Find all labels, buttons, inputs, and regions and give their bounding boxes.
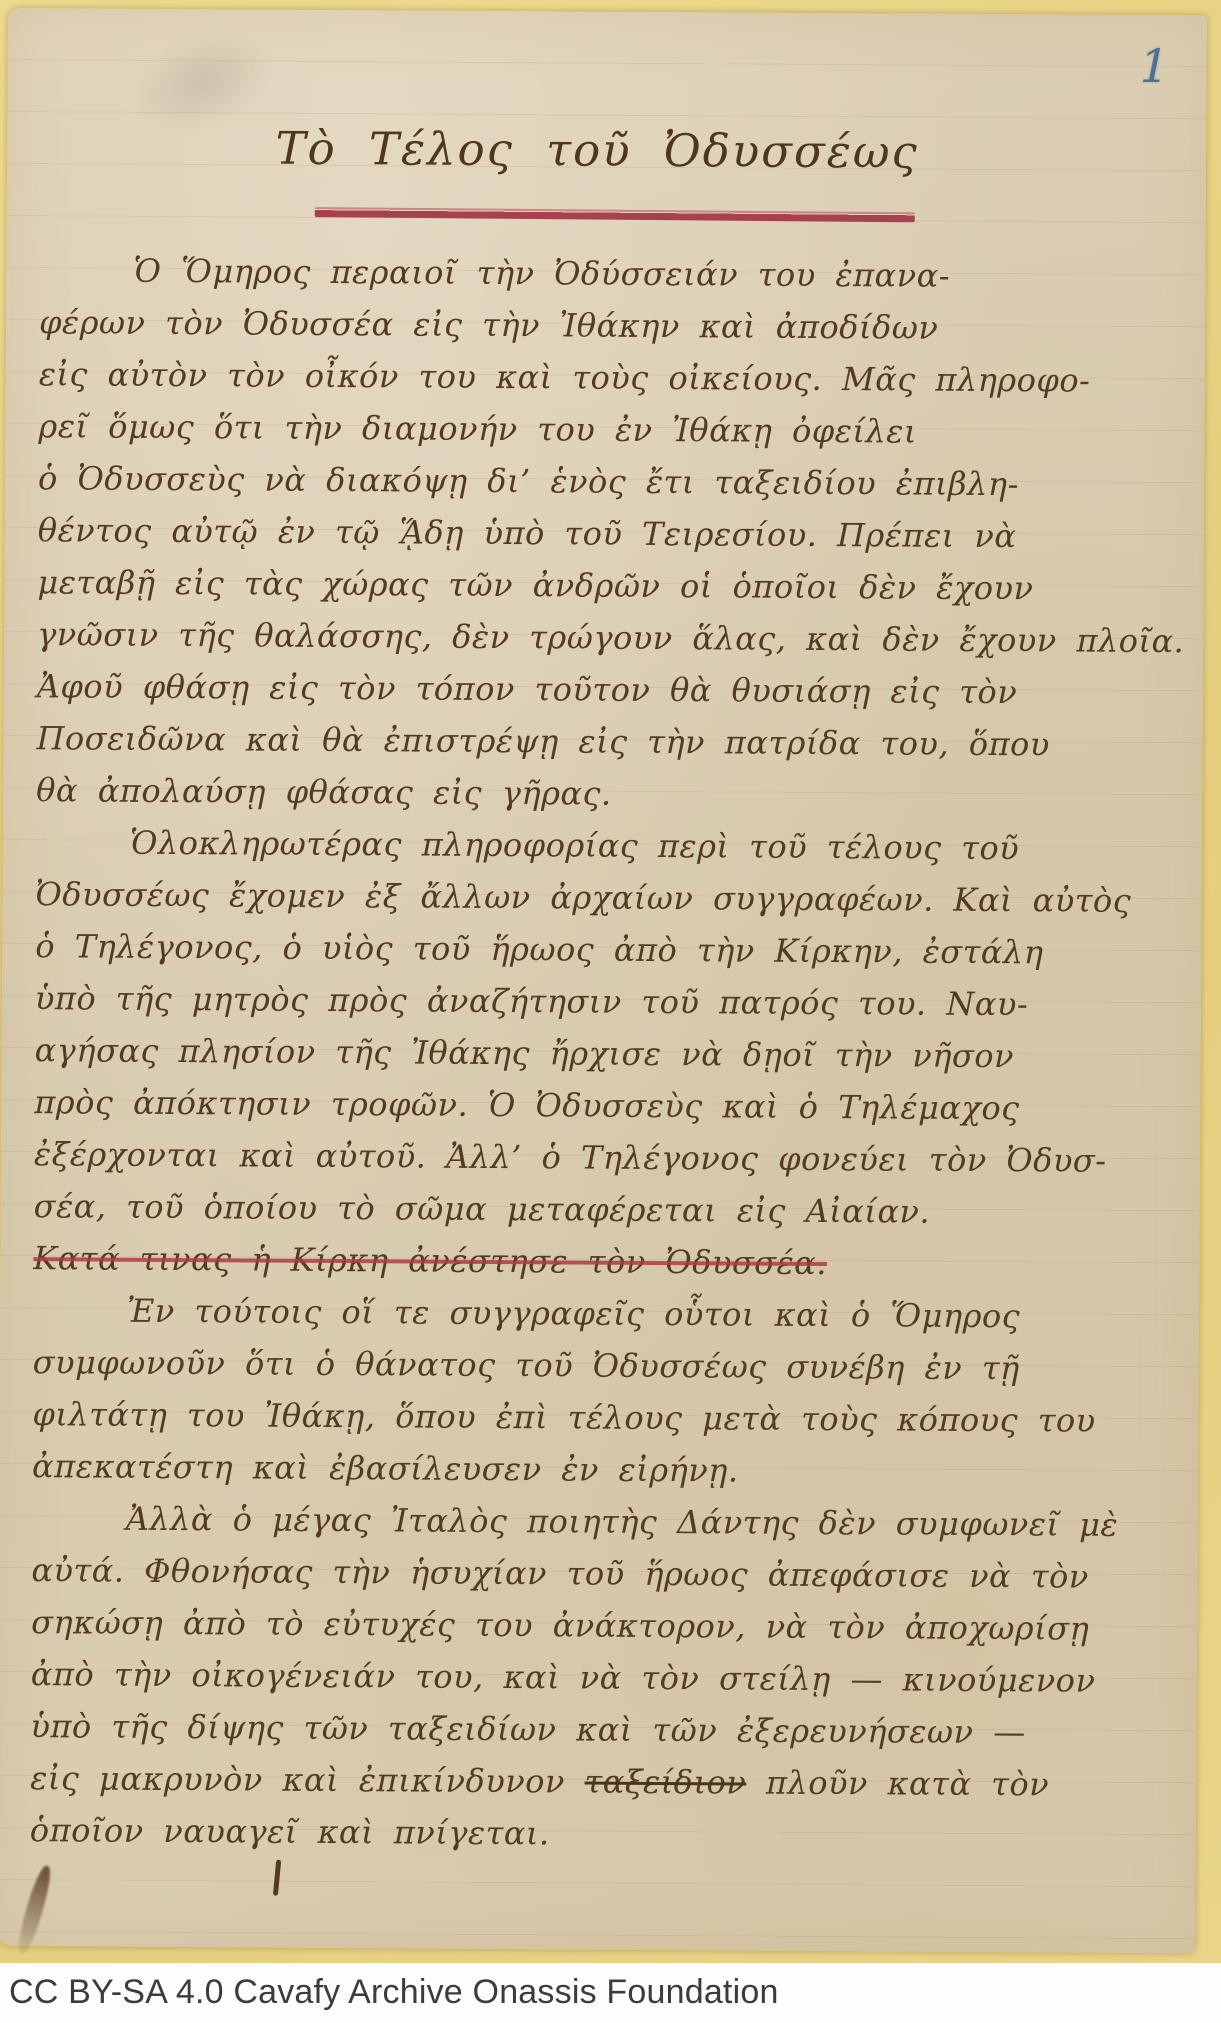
- manuscript-line: Ὁ Ὅμηρος περαιοῖ τὴν Ὀδύσσειάν του ἐπανα…: [39, 244, 1204, 303]
- handwritten-text: φιλτάτῃ του Ἰθάκῃ, ὅπου ἐπὶ τέλους μετὰ …: [32, 1395, 1096, 1439]
- manuscript-line: συμφωνοῦν ὅτι ὁ θάνατος τοῦ Ὀδυσσέως συν…: [33, 1336, 1198, 1395]
- handwritten-text: πλοῦν κατὰ τὸν: [746, 1764, 1049, 1804]
- manuscript-line: αὐτά. Φθονήσας τὴν ἡσυχίαν τοῦ ἥρωος ἀπε…: [31, 1544, 1196, 1603]
- handwritten-text: εἰς μακρυνὸν καὶ ἐπικίνδυνον: [30, 1759, 585, 1800]
- manuscript-line: σηκώσῃ ἀπὸ τὸ εὐτυχές του ἀνάκτορον, νὰ …: [31, 1596, 1196, 1655]
- struck-text: ταξείδιον: [584, 1763, 746, 1802]
- handwritten-text: ἀπεκατέστη καὶ ἐβασίλευσεν ἐν εἰρήνῃ.: [32, 1447, 739, 1489]
- manuscript-line: μεταβῇ εἰς τὰς χώρας τῶν ἀνδρῶν οἱ ὁποῖο…: [37, 556, 1202, 615]
- handwritten-text: φέρων τὸν Ὀδυσσέα εἰς τὴν Ἰθάκην καὶ ἀπο…: [39, 303, 938, 346]
- handwritten-text: αγήσας πλησίον τῆς Ἰθάκης ἤρχισε νὰ δῃοῖ…: [35, 1031, 1015, 1075]
- manuscript-line: ἐξέρχονται καὶ αὐτοῦ. Ἀλλ’ ὁ Τηλέγονος φ…: [34, 1128, 1199, 1187]
- manuscript-line: πρὸς ἀπόκτησιν τροφῶν. Ὁ Ὀδυσσεὺς καὶ ὁ …: [34, 1076, 1199, 1135]
- manuscript-text: Ὁ Ὅμηρος περαιοῖ τὴν Ὀδύσσειάν του ἐπανα…: [30, 244, 1205, 1863]
- manuscript-line: γνῶσιν τῆς θαλάσσης, δὲν τρώγουν ἅλας, κ…: [37, 608, 1202, 667]
- manuscript-line: Ὁλοκληρωτέρας πληροφορίας περὶ τοῦ τέλου…: [36, 816, 1201, 875]
- handwritten-text: ὁποῖον ναυαγεῖ καὶ πνίγεται.: [30, 1811, 550, 1852]
- handwritten-text: συμφωνοῦν ὅτι ὁ θάνατος τοῦ Ὀδυσσέως συν…: [33, 1343, 1020, 1387]
- manuscript-line: Ἀλλὰ ὁ μέγας Ἰταλὸς ποιητὴς Δάντης δὲν σ…: [32, 1492, 1197, 1551]
- manuscript-line: Ὀδυσσέως ἔχομεν ἐξ ἄλλων ἀρχαίων συγγραφ…: [35, 868, 1200, 927]
- handwritten-text: αὐτά. Φθονήσας τὴν ἡσυχίαν τοῦ ἥρωος ἀπε…: [31, 1551, 1089, 1595]
- manuscript-line: θὰ ἀπολαύσῃ φθάσας εἰς γῆρας.: [36, 764, 1201, 823]
- handwritten-text: Ὁλοκληρωτέρας πληροφορίας περὶ τοῦ τέλου…: [130, 824, 1020, 867]
- handwritten-text: σηκώσῃ ἀπὸ τὸ εὐτυχές του ἀνάκτορον, νὰ …: [31, 1603, 1089, 1647]
- manuscript-line: εἰς αὐτὸν τὸν οἶκόν του καὶ τοὺς οἰκείου…: [39, 348, 1204, 407]
- manuscript-line: Ποσειδῶνα καὶ θὰ ἐπιστρέψῃ εἰς τὴν πατρί…: [36, 712, 1201, 771]
- manuscript-line: ὁποῖον ναυαγεῖ καὶ πνίγεται.: [30, 1804, 1195, 1863]
- handwritten-text: Ποσειδῶνα καὶ θὰ ἐπιστρέψῃ εἰς τὴν πατρί…: [36, 719, 1049, 763]
- manuscript-line: ὑπὸ τῆς μητρὸς πρὸς ἀναζήτησιν τοῦ πατρό…: [35, 972, 1200, 1031]
- handwritten-text: ὁ Τηλέγονος, ὁ υἱὸς τοῦ ἥρωος ἀπὸ τὴν Κί…: [35, 927, 1043, 971]
- handwritten-text: ὑπὸ τῆς μητρὸς πρὸς ἀναζήτησιν τοῦ πατρό…: [35, 979, 1028, 1023]
- manuscript-line: ἀπεκατέστη καὶ ἐβασίλευσεν ἐν εἰρήνῃ.: [32, 1440, 1197, 1499]
- handwritten-text: πρὸς ἀπόκτησιν τροφῶν. Ὁ Ὀδυσσεὺς καὶ ὁ …: [34, 1083, 1020, 1127]
- manuscript-line: ὁ Ὀδυσσεὺς νὰ διακόψῃ δι’ ἑνὸς ἔτι ταξει…: [38, 452, 1203, 511]
- handwritten-text: Ἐν τούτοις οἵ τε συγγραφεῖς οὗτοι καὶ ὁ …: [127, 1292, 1020, 1335]
- handwritten-text: σέα, τοῦ ὁποίου τὸ σῶμα μεταφέρεται εἰς …: [34, 1187, 931, 1230]
- manuscript-line: φιλτάτῃ του Ἰθάκῃ, ὅπου ἐπὶ τέλους μετὰ …: [32, 1388, 1197, 1447]
- handwritten-text: ἐξέρχονται καὶ αὐτοῦ. Ἀλλ’ ὁ Τηλέγονος φ…: [34, 1135, 1107, 1180]
- manuscript-line: ἀπὸ τὴν οἰκογένειάν του, καὶ νὰ τὸν στεί…: [31, 1648, 1196, 1707]
- manuscript-line: σέα, τοῦ ὁποίου τὸ σῶμα μεταφέρεται εἰς …: [34, 1180, 1199, 1239]
- manuscript-page: 1 Τὸ Τέλος τοῦ Ὀδυσσέως Ὁ Ὅμηρος περαιοῖ…: [0, 8, 1207, 1953]
- handwritten-text: θὰ ἀπολαύσῃ φθάσας εἰς γῆρας.: [36, 771, 612, 813]
- manuscript-line: εἰς μακρυνὸν καὶ ἐπικίνδυνον ταξείδιον π…: [30, 1752, 1195, 1811]
- title-red-underline: [315, 207, 915, 222]
- handwritten-text: εἰς αὐτὸν τὸν οἶκόν του καὶ τοὺς οἰκείου…: [39, 355, 1091, 399]
- manuscript-line: ὑπὸ τῆς δίψης τῶν ταξειδίων καὶ τῶν ἐξερ…: [30, 1700, 1195, 1759]
- handwritten-text: γνῶσιν τῆς θαλάσσης, δὲν τρώγουν ἅλας, κ…: [37, 615, 1184, 660]
- manuscript-line: θέντος αὐτῷ ἐν τῷ ᾍδῃ ὑπὸ τοῦ Τειρεσίου.…: [38, 504, 1203, 563]
- manuscript-line: αγήσας πλησίον τῆς Ἰθάκης ἤρχισε νὰ δῃοῖ…: [34, 1024, 1199, 1083]
- manuscript-line: ρεῖ ὅμως ὅτι τὴν διαμονήν του ἐν Ἰθάκῃ ὀ…: [38, 400, 1203, 459]
- handwritten-text: Ὀδυσσέως ἔχομεν ἐξ ἄλλων ἀρχαίων συγγραφ…: [35, 875, 1131, 920]
- handwritten-text: Ὁ Ὅμηρος περαιοῖ τὴν Ὀδύσσειάν του ἐπανα…: [133, 252, 950, 295]
- handwritten-text: Ἀφοῦ φθάσῃ εἰς τὸν τόπον τοῦτον θὰ θυσιά…: [37, 667, 1018, 711]
- handwritten-text: θέντος αὐτῷ ἐν τῷ ᾍδῃ ὑπὸ τοῦ Τειρεσίου.…: [38, 511, 1017, 555]
- handwritten-text: Ἀλλὰ ὁ μέγας Ἰταλὸς ποιητὴς Δάντης δὲν σ…: [126, 1500, 1119, 1544]
- handwritten-text: ἀπὸ τὴν οἰκογένειάν του, καὶ νὰ τὸν στεί…: [31, 1655, 1096, 1700]
- struck-text: Κατά τινας ἡ Κίρκη ἀνέστησε τὸν Ὀδυσσέα.: [33, 1239, 827, 1282]
- license-caption: CC BY-SA 4.0 Cavafy Archive Onassis Foun…: [0, 1963, 1221, 2021]
- page-number: 1: [1140, 39, 1200, 93]
- page-title: Τὸ Τέλος τοῦ Ὀδυσσέως: [262, 122, 932, 179]
- manuscript-line: Κατά τινας ἡ Κίρκη ἀνέστησε τὸν Ὀδυσσέα.: [33, 1232, 1198, 1291]
- license-caption-band: CC BY-SA 4.0 Cavafy Archive Onassis Foun…: [0, 1963, 1221, 2023]
- manuscript-line: Ἐν τούτοις οἵ τε συγγραφεῖς οὗτοι καὶ ὁ …: [33, 1284, 1198, 1343]
- ink-smudge: [14, 1864, 55, 1957]
- handwritten-text: μεταβῇ εἰς τὰς χώρας τῶν ἀνδρῶν οἱ ὁποῖο…: [37, 563, 1033, 607]
- handwritten-text: ὁ Ὀδυσσεὺς νὰ διακόψῃ δι’ ἑνὸς ἔτι ταξει…: [38, 459, 1019, 503]
- manuscript-line: Ἀφοῦ φθάσῃ εἰς τὸν τόπον τοῦτον θὰ θυσιά…: [37, 660, 1202, 719]
- manuscript-line: ὁ Τηλέγονος, ὁ υἱὸς τοῦ ἥρωος ἀπὸ τὴν Κί…: [35, 920, 1200, 979]
- handwritten-text: ὑπὸ τῆς δίψης τῶν ταξειδίων καὶ τῶν ἐξερ…: [30, 1707, 1025, 1751]
- handwritten-text: ρεῖ ὅμως ὅτι τὴν διαμονήν του ἐν Ἰθάκῃ ὀ…: [38, 407, 917, 450]
- stray-ink-stroke: [273, 1860, 281, 1896]
- manuscript-line: φέρων τὸν Ὀδυσσέα εἰς τὴν Ἰθάκην καὶ ἀπο…: [39, 296, 1204, 355]
